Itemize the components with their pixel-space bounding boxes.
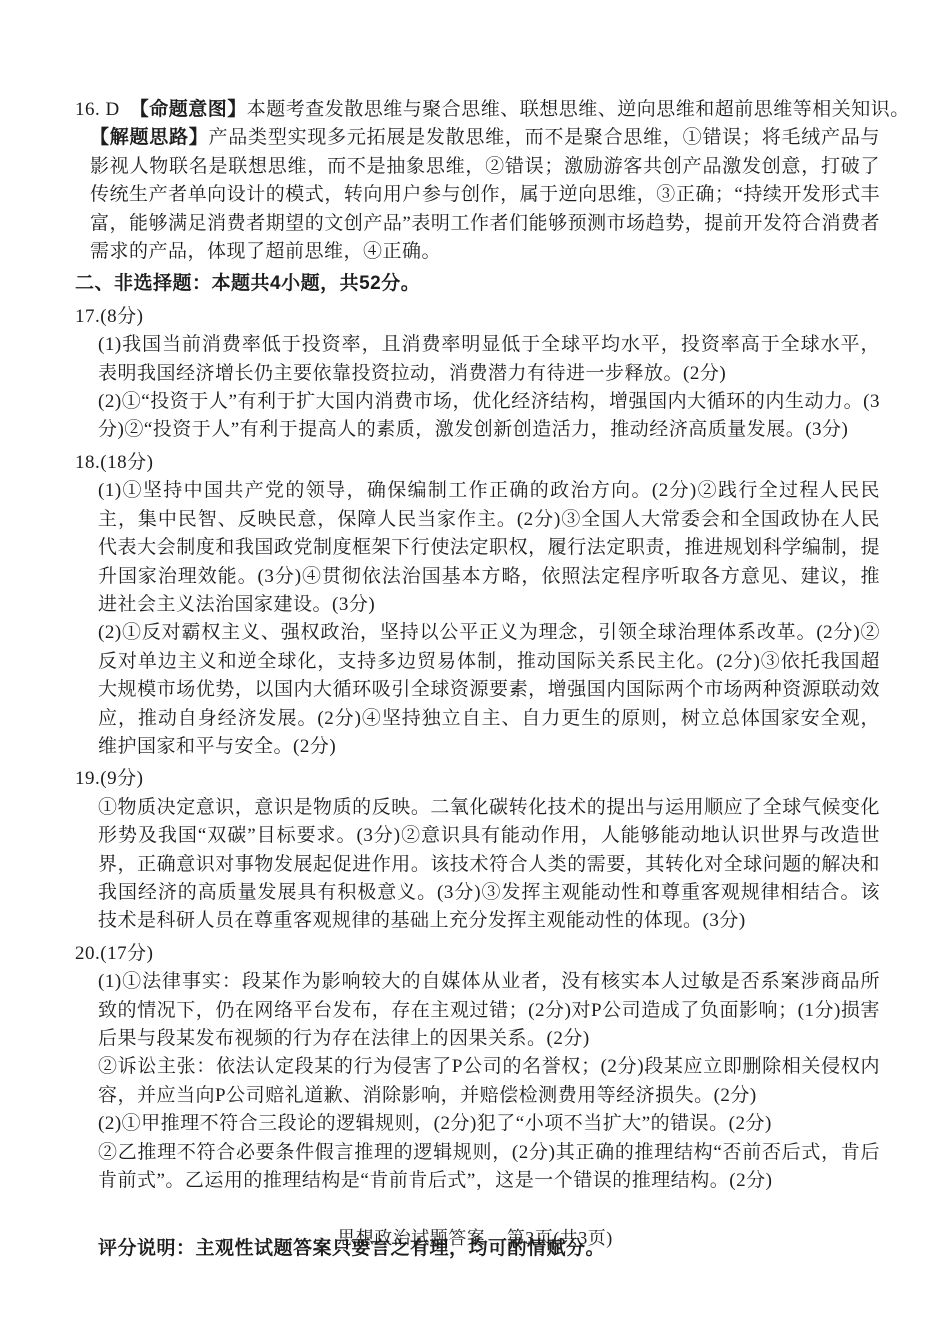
answer-sheet-content: 16. D【命题意图】本题考查发散思维与聚合思维、联想思维、逆向思维和超前思维等… bbox=[75, 96, 880, 1264]
question-19-block: 19.(9分) ①物质决定意识，意识是物质的反映。二氧化碳转化技术的提出与运用顺… bbox=[75, 765, 880, 935]
question-18-answers: (1)①坚持中国共产党的领导，确保编制工作正确的政治方向。(2分)②践行全过程人… bbox=[98, 477, 880, 761]
question-20-number: 20.(17分) bbox=[75, 940, 880, 968]
answer-paragraph: (1)我国当前消费率低于投资率，且消费率明显低于全球平均水平，投资率高于全球水平… bbox=[98, 331, 880, 388]
answer-paragraph: ①物质决定意识，意识是物质的反映。二氧化碳转化技术的提出与运用顺应了全球气候变化… bbox=[98, 794, 880, 936]
question-17-number: 17.(8分) bbox=[75, 303, 880, 331]
answer-paragraph: ②乙推理不符合必要条件假言推理的逻辑规则，(2分)其正确的推理结构“否前否后式，… bbox=[98, 1139, 880, 1196]
question-19-answers: ①物质决定意识，意识是物质的反映。二氧化碳转化技术的提出与运用顺应了全球气候变化… bbox=[98, 794, 880, 936]
question-17-answers: (1)我国当前消费率低于投资率，且消费率明显低于全球平均水平，投资率高于全球水平… bbox=[98, 331, 880, 445]
answer-paragraph: (2)①甲推理不符合三段论的逻辑规则，(2分)犯了“小项不当扩大”的错误。(2分… bbox=[98, 1110, 880, 1138]
question-17-block: 17.(8分) (1)我国当前消费率低于投资率，且消费率明显低于全球平均水平，投… bbox=[75, 303, 880, 445]
q16-intent-line: 16. D【命题意图】本题考查发散思维与聚合思维、联想思维、逆向思维和超前思维等… bbox=[90, 96, 880, 124]
q16-intent-label: 【命题意图】 bbox=[130, 99, 247, 120]
q16-analysis-text: 产品类型实现多元拓展是发散思维，而不是聚合思维，①错误；将毛绒产品与影视人物联名… bbox=[90, 127, 880, 262]
question-18-block: 18.(18分) (1)①坚持中国共产党的领导，确保编制工作正确的政治方向。(2… bbox=[75, 449, 880, 761]
footer-page-indicator: 第3页(共3页) bbox=[507, 1228, 613, 1248]
q16-intent-text: 本题考查发散思维与聚合思维、联想思维、逆向思维和超前思维等相关知识。 bbox=[247, 99, 910, 120]
answer-paragraph: (1)①法律事实：段某作为影响较大的自媒体从业者，没有核实本人过敏是否系案涉商品… bbox=[98, 968, 880, 1053]
q16-number: 16. D bbox=[75, 99, 120, 120]
answer-paragraph: (1)①坚持中国共产党的领导，确保编制工作正确的政治方向。(2分)②践行全过程人… bbox=[98, 477, 880, 619]
question-19-number: 19.(9分) bbox=[75, 765, 880, 793]
q16-analysis-label: 【解题思路】 bbox=[90, 127, 209, 148]
section-2-heading: 二、非选择题：本题共4小题，共52分。 bbox=[75, 270, 880, 298]
document-page: 16. D【命题意图】本题考查发散思维与聚合思维、联想思维、逆向思维和超前思维等… bbox=[0, 0, 950, 1333]
question-20-block: 20.(17分) (1)①法律事实：段某作为影响较大的自媒体从业者，没有核实本人… bbox=[75, 940, 880, 1196]
footer-doc-title: 思想政治试题答案 bbox=[337, 1228, 485, 1248]
question-18-number: 18.(18分) bbox=[75, 449, 880, 477]
answer-paragraph: (2)①反对霸权主义、强权政治，坚持以公平正义为理念，引领全球治理体系改革。(2… bbox=[98, 619, 880, 761]
answer-paragraph: ②诉讼主张：依法认定段某的行为侵害了P公司的名誉权；(2分)段某应立即删除相关侵… bbox=[98, 1053, 880, 1110]
answer-paragraph: (2)①“投资于人”有利于扩大国内消费市场，优化经济结构，增强国内大循环的内生动… bbox=[98, 388, 880, 445]
question-16-block: 16. D【命题意图】本题考查发散思维与聚合思维、联想思维、逆向思维和超前思维等… bbox=[90, 96, 880, 266]
page-footer: 思想政治试题答案第3页(共3页) bbox=[0, 1226, 950, 1250]
q16-analysis-paragraph: 【解题思路】产品类型实现多元拓展是发散思维，而不是聚合思维，①错误；将毛绒产品与… bbox=[90, 124, 880, 266]
question-20-answers: (1)①法律事实：段某作为影响较大的自媒体从业者，没有核实本人过敏是否系案涉商品… bbox=[98, 968, 880, 1195]
